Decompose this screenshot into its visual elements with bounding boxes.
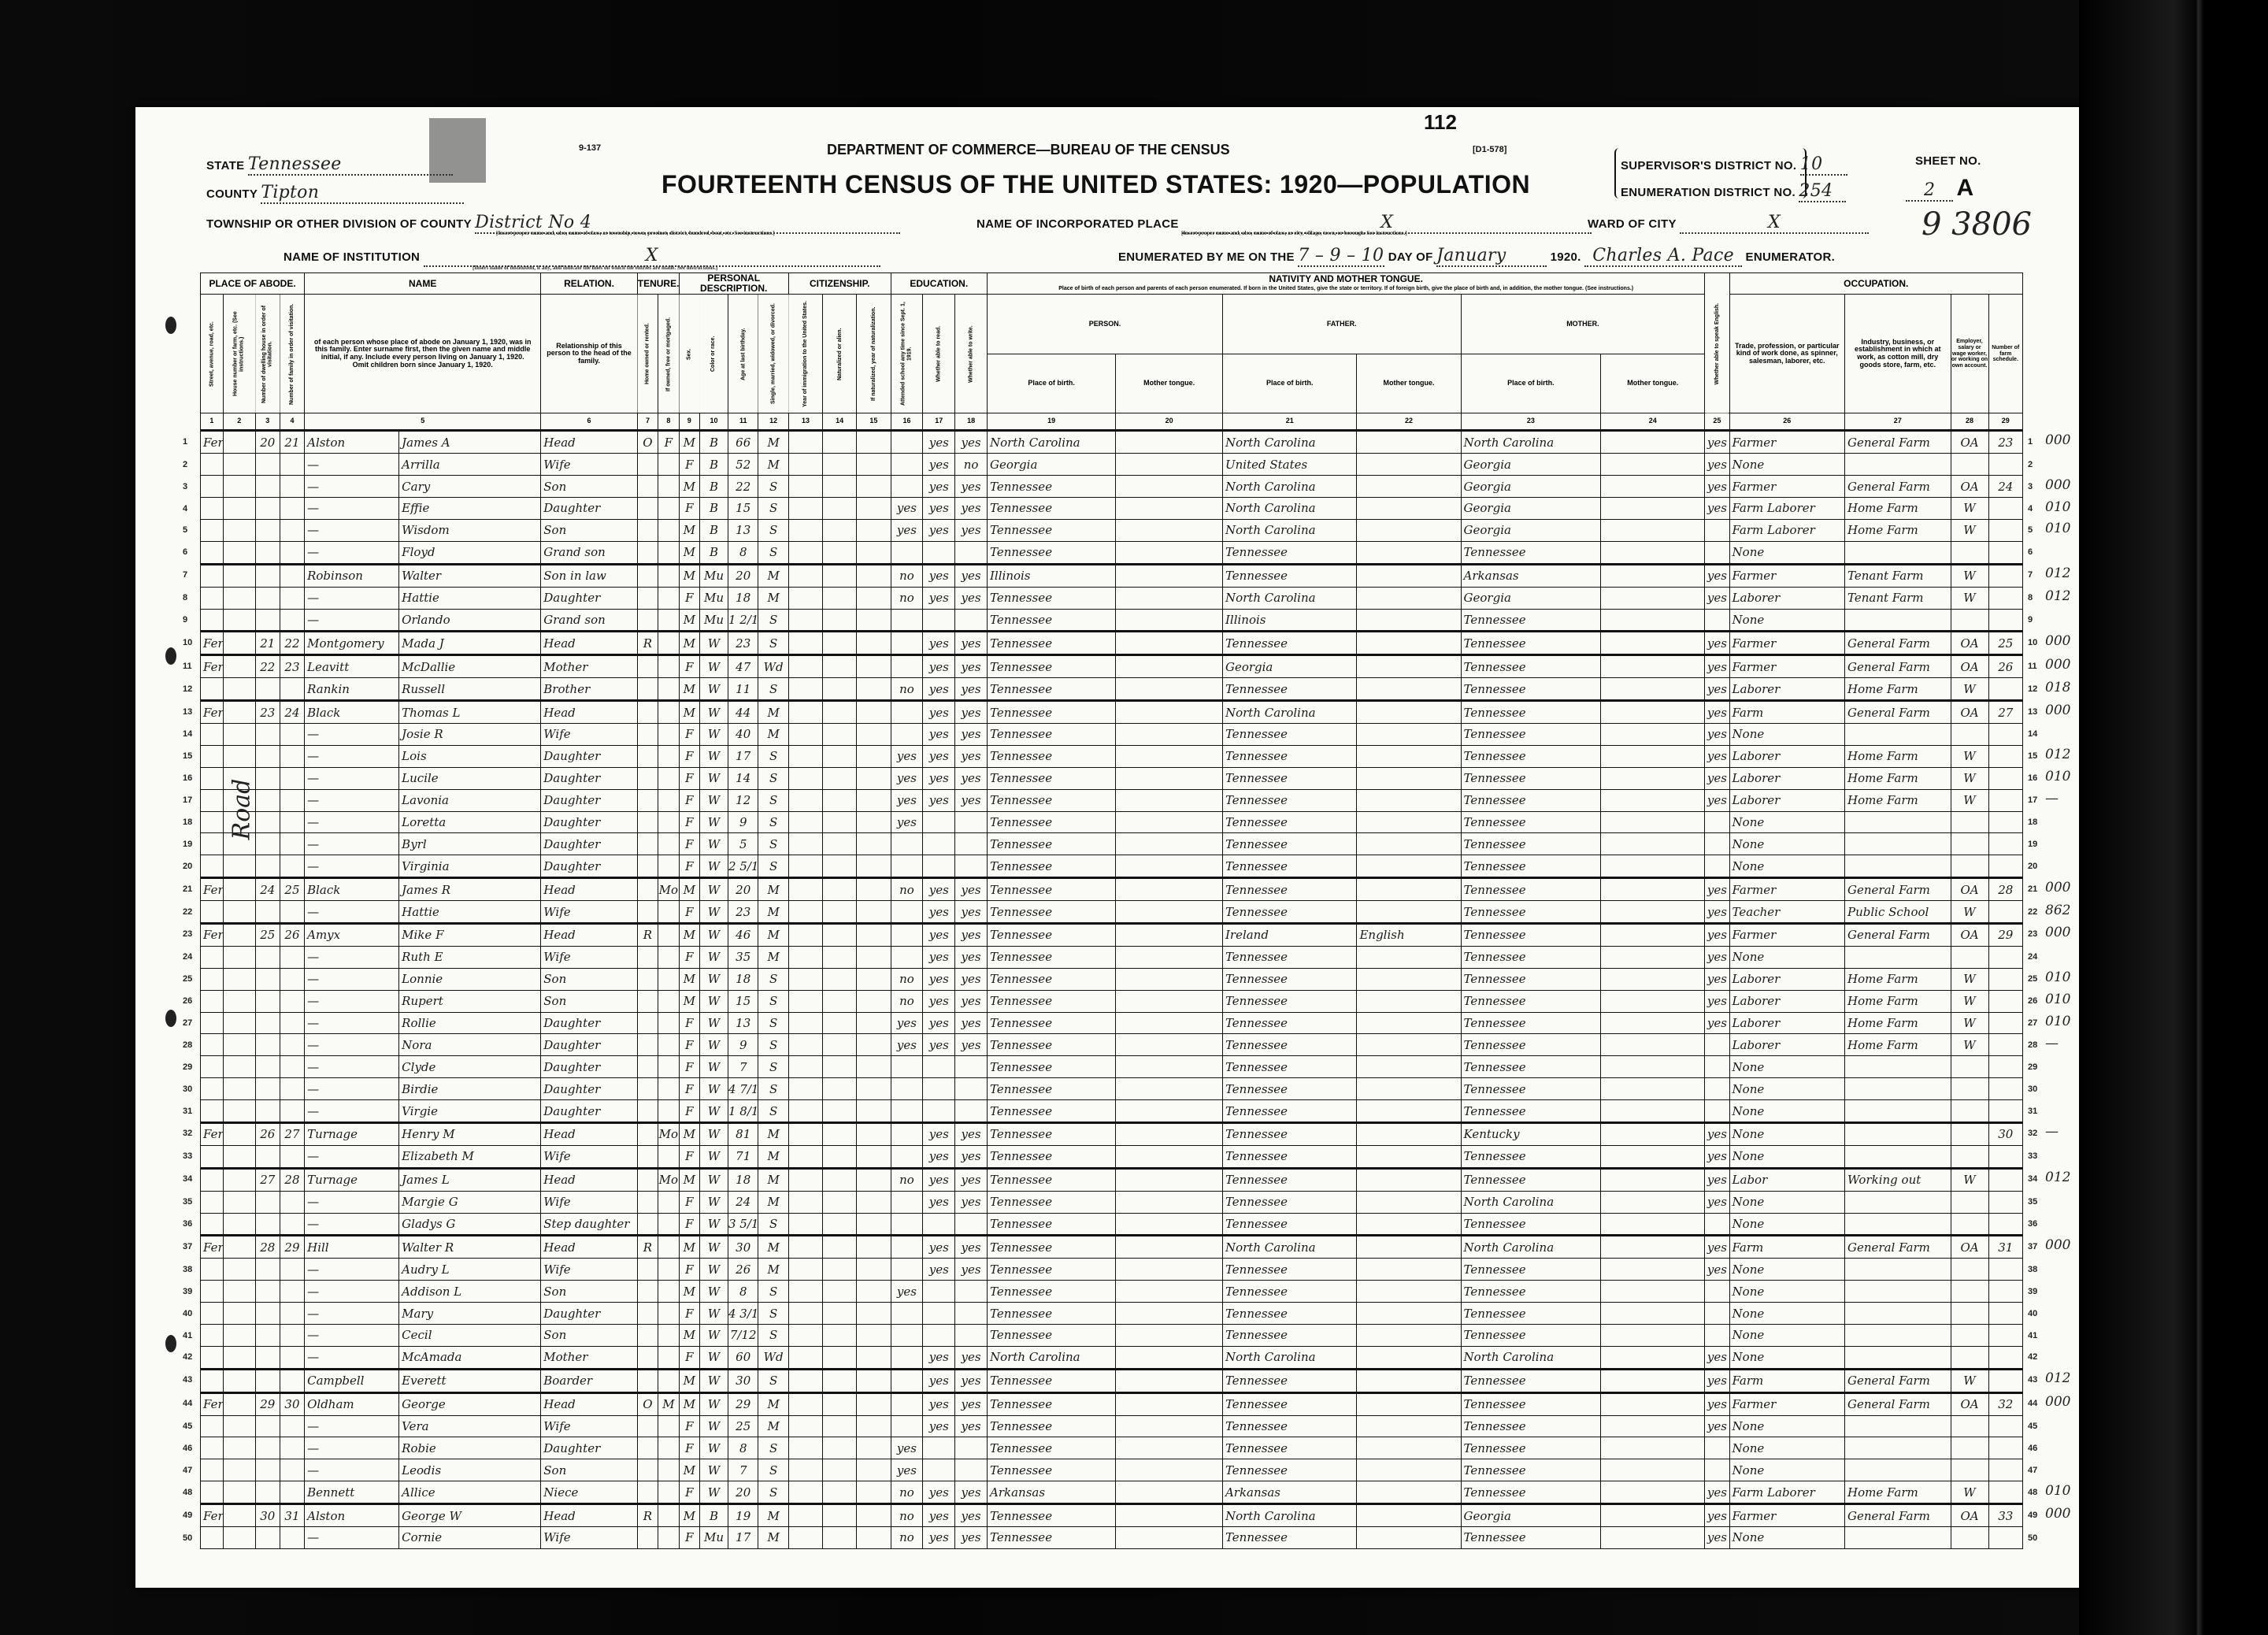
cell-empty xyxy=(788,1145,822,1168)
cell-sex: M xyxy=(679,541,699,564)
line-number: 38 xyxy=(2028,1265,2037,1274)
cell-race: B xyxy=(699,1504,728,1527)
cell-wr: yes xyxy=(955,678,988,701)
cell-race: W xyxy=(699,1168,728,1191)
cell-rel: Son xyxy=(541,1325,637,1347)
cell-empty xyxy=(857,519,891,541)
cell-surname: — xyxy=(305,476,399,498)
cell-t8 xyxy=(658,1259,679,1281)
cell-empty xyxy=(857,1459,891,1481)
cell-fpob: Georgia xyxy=(1222,655,1357,678)
cell-empty xyxy=(1601,1191,1705,1213)
cell-fam xyxy=(280,901,304,924)
cell-own xyxy=(223,678,255,701)
cell-pob: Tennessee xyxy=(988,1415,1116,1437)
cell-fpob: Arkansas xyxy=(1222,1481,1357,1504)
cell-t7 xyxy=(637,1145,658,1168)
cell-sch xyxy=(891,632,923,655)
cell-surname: — xyxy=(305,833,399,855)
cell-surname: — xyxy=(305,901,399,924)
cell-empty xyxy=(857,1056,891,1078)
cell-ftongue xyxy=(1357,1392,1461,1415)
cell-empty xyxy=(1116,1145,1223,1168)
cell-empty xyxy=(788,498,822,520)
cell-wr: yes xyxy=(955,1168,988,1191)
cell-rel: Daughter xyxy=(541,1056,637,1078)
cell-trade: None xyxy=(1729,1259,1844,1281)
cell-mpob: Tennessee xyxy=(1461,609,1601,632)
cell-sch: yes xyxy=(891,519,923,541)
cell-rel: Daughter xyxy=(541,811,637,833)
cell-empty xyxy=(823,655,857,678)
cell-ms: S xyxy=(758,1034,788,1056)
cell-trade: None xyxy=(1729,1122,1844,1145)
cell-fpob: North Carolina xyxy=(1222,1504,1357,1527)
cell-t8: Mo xyxy=(658,878,679,901)
table-row: —LonnieSonMW18SnoyesyesTennesseeTennesse… xyxy=(201,968,2023,990)
table-row: —Josie RWifeFW40MyesyesTennesseeTennesse… xyxy=(201,723,2023,745)
cell-pob: Tennessee xyxy=(988,1236,1116,1259)
cell-empty xyxy=(823,541,857,564)
cell-empty xyxy=(1601,431,1705,454)
cell-farm xyxy=(1988,564,2022,587)
cell-fpob: Tennessee xyxy=(1222,990,1357,1012)
cell-rel: Head xyxy=(541,923,637,946)
table-row: —CornieWifeFMu17MnoyesyesTennesseeTennes… xyxy=(201,1527,2023,1549)
cell-fpob: Tennessee xyxy=(1222,789,1357,811)
cell-empty xyxy=(788,431,822,454)
cell-pob: Tennessee xyxy=(988,655,1116,678)
cell-t7 xyxy=(637,833,658,855)
cell-empty xyxy=(788,1346,822,1369)
cell-eng xyxy=(1705,1213,1729,1236)
line-number: 26 xyxy=(2028,996,2037,1006)
cell-race: B xyxy=(699,476,728,498)
cell-ftongue xyxy=(1357,1122,1461,1145)
cell-eng: yes xyxy=(1705,701,1729,724)
cell-ind xyxy=(1845,1078,1951,1100)
cell-emp xyxy=(1951,1459,1988,1481)
cell-ms: M xyxy=(758,1168,788,1191)
cell-t7 xyxy=(637,811,658,833)
cell-empty xyxy=(1116,1303,1223,1325)
cell-age: 17 xyxy=(728,1527,758,1549)
cell-empty xyxy=(1601,1034,1705,1056)
cell-sex: F xyxy=(679,1145,699,1168)
cell-empty xyxy=(857,1168,891,1191)
cell-given: Josie R xyxy=(399,723,541,745)
cell-rel: Daughter xyxy=(541,587,637,609)
table-row: —VirgieDaughterFW1 8/12STennesseeTenness… xyxy=(201,1100,2023,1123)
cell-ftongue xyxy=(1357,789,1461,811)
cell-rd xyxy=(923,1213,955,1236)
cell-mpob: Georgia xyxy=(1461,454,1601,476)
cell-fam: 22 xyxy=(280,632,304,655)
cell-emp: OA xyxy=(1951,701,1988,724)
cell-ind xyxy=(1845,609,1951,632)
cell-empty xyxy=(788,833,822,855)
cell-t8 xyxy=(658,1325,679,1347)
cell-sch xyxy=(891,833,923,855)
cell-trade: Farmer xyxy=(1729,476,1844,498)
margin-code: 000 xyxy=(2045,880,2070,895)
cell-empty xyxy=(857,855,891,878)
cell-eng: yes xyxy=(1705,1527,1729,1549)
cell-ind xyxy=(1845,541,1951,564)
line-number: 41 xyxy=(2028,1331,2037,1340)
cell-given: Elizabeth M xyxy=(399,1145,541,1168)
cell-t7 xyxy=(637,1281,658,1303)
cell-farm xyxy=(1988,1481,2022,1504)
cell-sex: M xyxy=(679,564,699,587)
cell-surname: Alston xyxy=(305,1504,399,1527)
table-row: —FloydGrand sonMB8STennesseeTennesseeTen… xyxy=(201,541,2023,564)
census-rows: Ferry2021AlstonJames AHeadOFMB66MyesyesN… xyxy=(201,431,2023,1549)
cell-mpob: Tennessee xyxy=(1461,1392,1601,1415)
cell-sex: F xyxy=(679,767,699,789)
line-number: 36 xyxy=(2028,1219,2037,1229)
margin-code: 000 xyxy=(2045,432,2070,448)
cell-empty xyxy=(1116,1392,1223,1415)
cell-age: 24 xyxy=(728,1191,758,1213)
cell-own xyxy=(223,431,255,454)
column-number: 2 xyxy=(223,413,255,431)
cell-sch xyxy=(891,1100,923,1123)
cell-emp: W xyxy=(1951,678,1988,701)
cell-rd: yes xyxy=(923,431,955,454)
cell-rel: Wife xyxy=(541,1259,637,1281)
cell-empty xyxy=(1601,678,1705,701)
form-code: 9-137 xyxy=(579,143,601,153)
cell-t7 xyxy=(637,1303,658,1325)
cell-own xyxy=(223,454,255,476)
cell-empty xyxy=(788,1303,822,1325)
cell-road xyxy=(201,476,224,498)
cell-trade: Farmer xyxy=(1729,923,1844,946)
cell-rd: yes xyxy=(923,1392,955,1415)
cell-empty xyxy=(857,767,891,789)
cell-rd: yes xyxy=(923,701,955,724)
cell-race: B xyxy=(699,541,728,564)
cell-farm xyxy=(1988,1259,2022,1281)
table-row: —HattieWifeFW23MyesyesTennesseeTennessee… xyxy=(201,901,2023,924)
cell-age: 81 xyxy=(728,1122,758,1145)
column-number: 9 xyxy=(679,413,699,431)
cell-empty xyxy=(1116,476,1223,498)
cell-eng xyxy=(1705,1056,1729,1078)
column-number: 4 xyxy=(280,413,304,431)
cell-empty xyxy=(857,1034,891,1056)
cell-mpob: Tennessee xyxy=(1461,811,1601,833)
table-row: RankinRussellBrotherMW11SnoyesyesTenness… xyxy=(201,678,2023,701)
header-person-tongue: Mother tongue. xyxy=(1116,354,1223,413)
cell-ftongue xyxy=(1357,1012,1461,1034)
cell-race: W xyxy=(699,1325,728,1347)
header-mother-pob: Place of birth. xyxy=(1461,354,1601,413)
cell-given: Audry L xyxy=(399,1259,541,1281)
table-row: Ferry2223LeavittMcDallieMotherFW47Wdyesy… xyxy=(201,655,2023,678)
table-row: —CarySonMB22SyesyesTennesseeNorth Caroli… xyxy=(201,476,2023,498)
cell-empty xyxy=(857,609,891,632)
line-number: 15 xyxy=(183,751,192,761)
cell-sch: no xyxy=(891,564,923,587)
cell-dw xyxy=(255,1281,280,1303)
table-row: Ferry2526AmyxMike FHeadRMW46MyesyesTenne… xyxy=(201,923,2023,946)
cell-road xyxy=(201,968,224,990)
cell-given: Ruth E xyxy=(399,946,541,968)
cell-road xyxy=(201,833,224,855)
line-number: 32 xyxy=(2028,1129,2037,1138)
line-number: 29 xyxy=(183,1062,192,1072)
cell-pob: Tennessee xyxy=(988,519,1116,541)
cell-fam xyxy=(280,789,304,811)
cell-empty xyxy=(1116,632,1223,655)
cell-mpob: Tennessee xyxy=(1461,1213,1601,1236)
cell-wr: yes xyxy=(955,1527,988,1549)
cell-farm xyxy=(1988,833,2022,855)
margin-code: 000 xyxy=(2045,1506,2070,1522)
cell-surname: — xyxy=(305,541,399,564)
cell-mpob: North Carolina xyxy=(1461,1191,1601,1213)
cell-race: B xyxy=(699,454,728,476)
cell-empty xyxy=(788,587,822,609)
cell-age: 20 xyxy=(728,878,758,901)
cell-road xyxy=(201,789,224,811)
cell-empty xyxy=(857,1012,891,1034)
cell-wr xyxy=(955,1459,988,1481)
header-read: Whether able to read. xyxy=(923,295,955,413)
cell-empty xyxy=(1601,655,1705,678)
line-number: 23 xyxy=(2028,929,2037,939)
cell-given: Clyde xyxy=(399,1056,541,1078)
enumerated-field: ENUMERATED BY ME ON THE 7 – 9 – 10 DAY O… xyxy=(1118,246,1835,267)
enumerator-name: Charles A. Pace xyxy=(1584,246,1742,267)
cell-t7 xyxy=(637,901,658,924)
cell-own xyxy=(223,564,255,587)
line-number: 18 xyxy=(183,817,192,827)
cell-rel: Head xyxy=(541,632,637,655)
cell-eng: yes xyxy=(1705,1191,1729,1213)
cell-age: 22 xyxy=(728,476,758,498)
cell-race: W xyxy=(699,1012,728,1034)
cell-fpob: North Carolina xyxy=(1222,1346,1357,1369)
cell-eng: yes xyxy=(1705,745,1729,767)
cell-empty xyxy=(1601,990,1705,1012)
cell-ind: General Farm xyxy=(1845,632,1951,655)
cell-road xyxy=(201,1012,224,1034)
punch-hole xyxy=(165,317,176,334)
table-row: —ArrillaWifeFB52MyesnoGeorgiaUnited Stat… xyxy=(201,454,2023,476)
cell-ind: Tenant Farm xyxy=(1845,587,1951,609)
cell-trade: Farm xyxy=(1729,1236,1844,1259)
cell-fam: 25 xyxy=(280,878,304,901)
cell-road xyxy=(201,745,224,767)
cell-rd xyxy=(923,1303,955,1325)
cell-road xyxy=(201,609,224,632)
cell-rd: yes xyxy=(923,1415,955,1437)
cell-race: W xyxy=(699,655,728,678)
cell-fpob: Tennessee xyxy=(1222,1034,1357,1056)
cell-fam: 31 xyxy=(280,1504,304,1527)
cell-farm xyxy=(1988,1213,2022,1236)
cell-surname: — xyxy=(305,1415,399,1437)
cell-farm: 27 xyxy=(1988,701,2022,724)
cell-ftongue xyxy=(1357,1504,1461,1527)
cell-farm xyxy=(1988,1168,2022,1191)
cell-emp xyxy=(1951,1415,1988,1437)
cell-surname: — xyxy=(305,1437,399,1459)
cell-farm xyxy=(1988,678,2022,701)
cell-mpob: North Carolina xyxy=(1461,1346,1601,1369)
cell-trade: None xyxy=(1729,541,1844,564)
cell-sex: F xyxy=(679,1437,699,1459)
cell-own xyxy=(223,609,255,632)
cell-ind xyxy=(1845,1415,1951,1437)
cell-dw xyxy=(255,541,280,564)
cell-fam xyxy=(280,946,304,968)
cell-rd: yes xyxy=(923,564,955,587)
cell-ind: Tenant Farm xyxy=(1845,564,1951,587)
cell-fpob: Tennessee xyxy=(1222,855,1357,878)
cell-ftongue xyxy=(1357,745,1461,767)
cell-race: W xyxy=(699,1122,728,1145)
cell-dw xyxy=(255,1437,280,1459)
cell-wr: yes xyxy=(955,745,988,767)
cell-own xyxy=(223,519,255,541)
cell-t8 xyxy=(658,1078,679,1100)
cell-fam xyxy=(280,968,304,990)
department-heading: DEPARTMENT OF COMMERCE—BUREAU OF THE CEN… xyxy=(827,142,1230,158)
cell-emp xyxy=(1951,1346,1988,1369)
cell-ms: M xyxy=(758,946,788,968)
cell-ind xyxy=(1845,1056,1951,1078)
cell-trade: None xyxy=(1729,811,1844,833)
cell-wr: yes xyxy=(955,1236,988,1259)
cell-empty xyxy=(857,833,891,855)
cell-given: Cary xyxy=(399,476,541,498)
cell-age: 13 xyxy=(728,519,758,541)
cell-ftongue xyxy=(1357,476,1461,498)
cell-emp xyxy=(1951,1325,1988,1347)
cell-emp xyxy=(1951,833,1988,855)
cell-t7 xyxy=(637,655,658,678)
header-age: Age at last birthday. xyxy=(728,295,758,413)
cell-ftongue xyxy=(1357,564,1461,587)
cell-ftongue xyxy=(1357,1281,1461,1303)
cell-given: Walter R xyxy=(399,1236,541,1259)
cell-fam xyxy=(280,745,304,767)
cell-given: Margie G xyxy=(399,1191,541,1213)
cell-t8: M xyxy=(658,1392,679,1415)
cell-empty xyxy=(1116,1259,1223,1281)
cell-wr xyxy=(955,609,988,632)
cell-dw: 25 xyxy=(255,923,280,946)
cell-surname: Alston xyxy=(305,431,399,454)
line-number: 46 xyxy=(183,1444,192,1453)
cell-dw xyxy=(255,855,280,878)
cell-sex: F xyxy=(679,587,699,609)
cell-surname: — xyxy=(305,968,399,990)
table-row: —VirginiaDaughterFW2 5/12STennesseeTenne… xyxy=(201,855,2023,878)
cell-t8 xyxy=(658,1303,679,1325)
cell-empty xyxy=(1601,1481,1705,1504)
cell-t7 xyxy=(637,855,658,878)
cell-dw xyxy=(255,1056,280,1078)
cell-ftongue xyxy=(1357,1145,1461,1168)
cell-t8 xyxy=(658,519,679,541)
cell-trade: Farm xyxy=(1729,701,1844,724)
table-row: —ByrlDaughterFW5STennesseeTennesseeTenne… xyxy=(201,833,2023,855)
line-number: 28 xyxy=(2028,1040,2037,1050)
line-number: 46 xyxy=(2028,1444,2037,1453)
cell-wr: yes xyxy=(955,587,988,609)
header-house-number: House number or farm, etc. (See instruct… xyxy=(223,295,255,413)
column-number: 16 xyxy=(891,413,923,431)
cell-sch: yes xyxy=(891,1034,923,1056)
cell-fam: 26 xyxy=(280,923,304,946)
cell-emp: OA xyxy=(1951,1392,1988,1415)
line-number: 38 xyxy=(183,1265,192,1274)
cell-rel: Niece xyxy=(541,1481,637,1504)
cell-empty xyxy=(1116,541,1223,564)
cell-dw xyxy=(255,1213,280,1236)
cell-ftongue xyxy=(1357,1056,1461,1078)
cell-ftongue xyxy=(1357,1259,1461,1281)
header-farm-schedule: Number of farm schedule. xyxy=(1988,295,2022,413)
cell-empty xyxy=(1116,587,1223,609)
cell-ftongue: English xyxy=(1357,923,1461,946)
cell-pob: Tennessee xyxy=(988,1527,1116,1549)
cell-farm xyxy=(1988,1034,2022,1056)
cell-trade: Laborer xyxy=(1729,745,1844,767)
cell-trade: None xyxy=(1729,1415,1844,1437)
cell-empty xyxy=(857,1504,891,1527)
cell-ms: S xyxy=(758,811,788,833)
cell-given: Thomas L xyxy=(399,701,541,724)
cell-empty xyxy=(823,923,857,946)
cell-rd: yes xyxy=(923,1527,955,1549)
margin-code: 000 xyxy=(2045,703,2070,718)
cell-ftongue xyxy=(1357,1369,1461,1392)
cell-farm xyxy=(1988,1459,2022,1481)
cell-rel: Son in law xyxy=(541,564,637,587)
cell-ind: General Farm xyxy=(1845,1369,1951,1392)
cell-ind: General Farm xyxy=(1845,476,1951,498)
cell-race: W xyxy=(699,946,728,968)
cell-race: W xyxy=(699,723,728,745)
cell-wr xyxy=(955,855,988,878)
cell-wr: yes xyxy=(955,1259,988,1281)
cell-given: Rupert xyxy=(399,990,541,1012)
cell-dw xyxy=(255,901,280,924)
cell-farm: 24 xyxy=(1988,476,2022,498)
cell-sch: no xyxy=(891,678,923,701)
cell-empty xyxy=(1601,811,1705,833)
cell-ms: M xyxy=(758,1259,788,1281)
cell-t7 xyxy=(637,1481,658,1504)
cell-empty xyxy=(857,990,891,1012)
table-row: —CecilSonMW7/12STennesseeTennesseeTennes… xyxy=(201,1325,2023,1347)
cell-trade: None xyxy=(1729,1213,1844,1236)
cell-race: W xyxy=(699,1213,728,1236)
cell-pob: Tennessee xyxy=(988,1012,1116,1034)
cell-empty xyxy=(788,1012,822,1034)
cell-t8 xyxy=(658,1481,679,1504)
header-person: PERSON. xyxy=(988,295,1223,354)
cell-race: W xyxy=(699,1236,728,1259)
cell-empty xyxy=(823,1459,857,1481)
cell-empty xyxy=(788,564,822,587)
